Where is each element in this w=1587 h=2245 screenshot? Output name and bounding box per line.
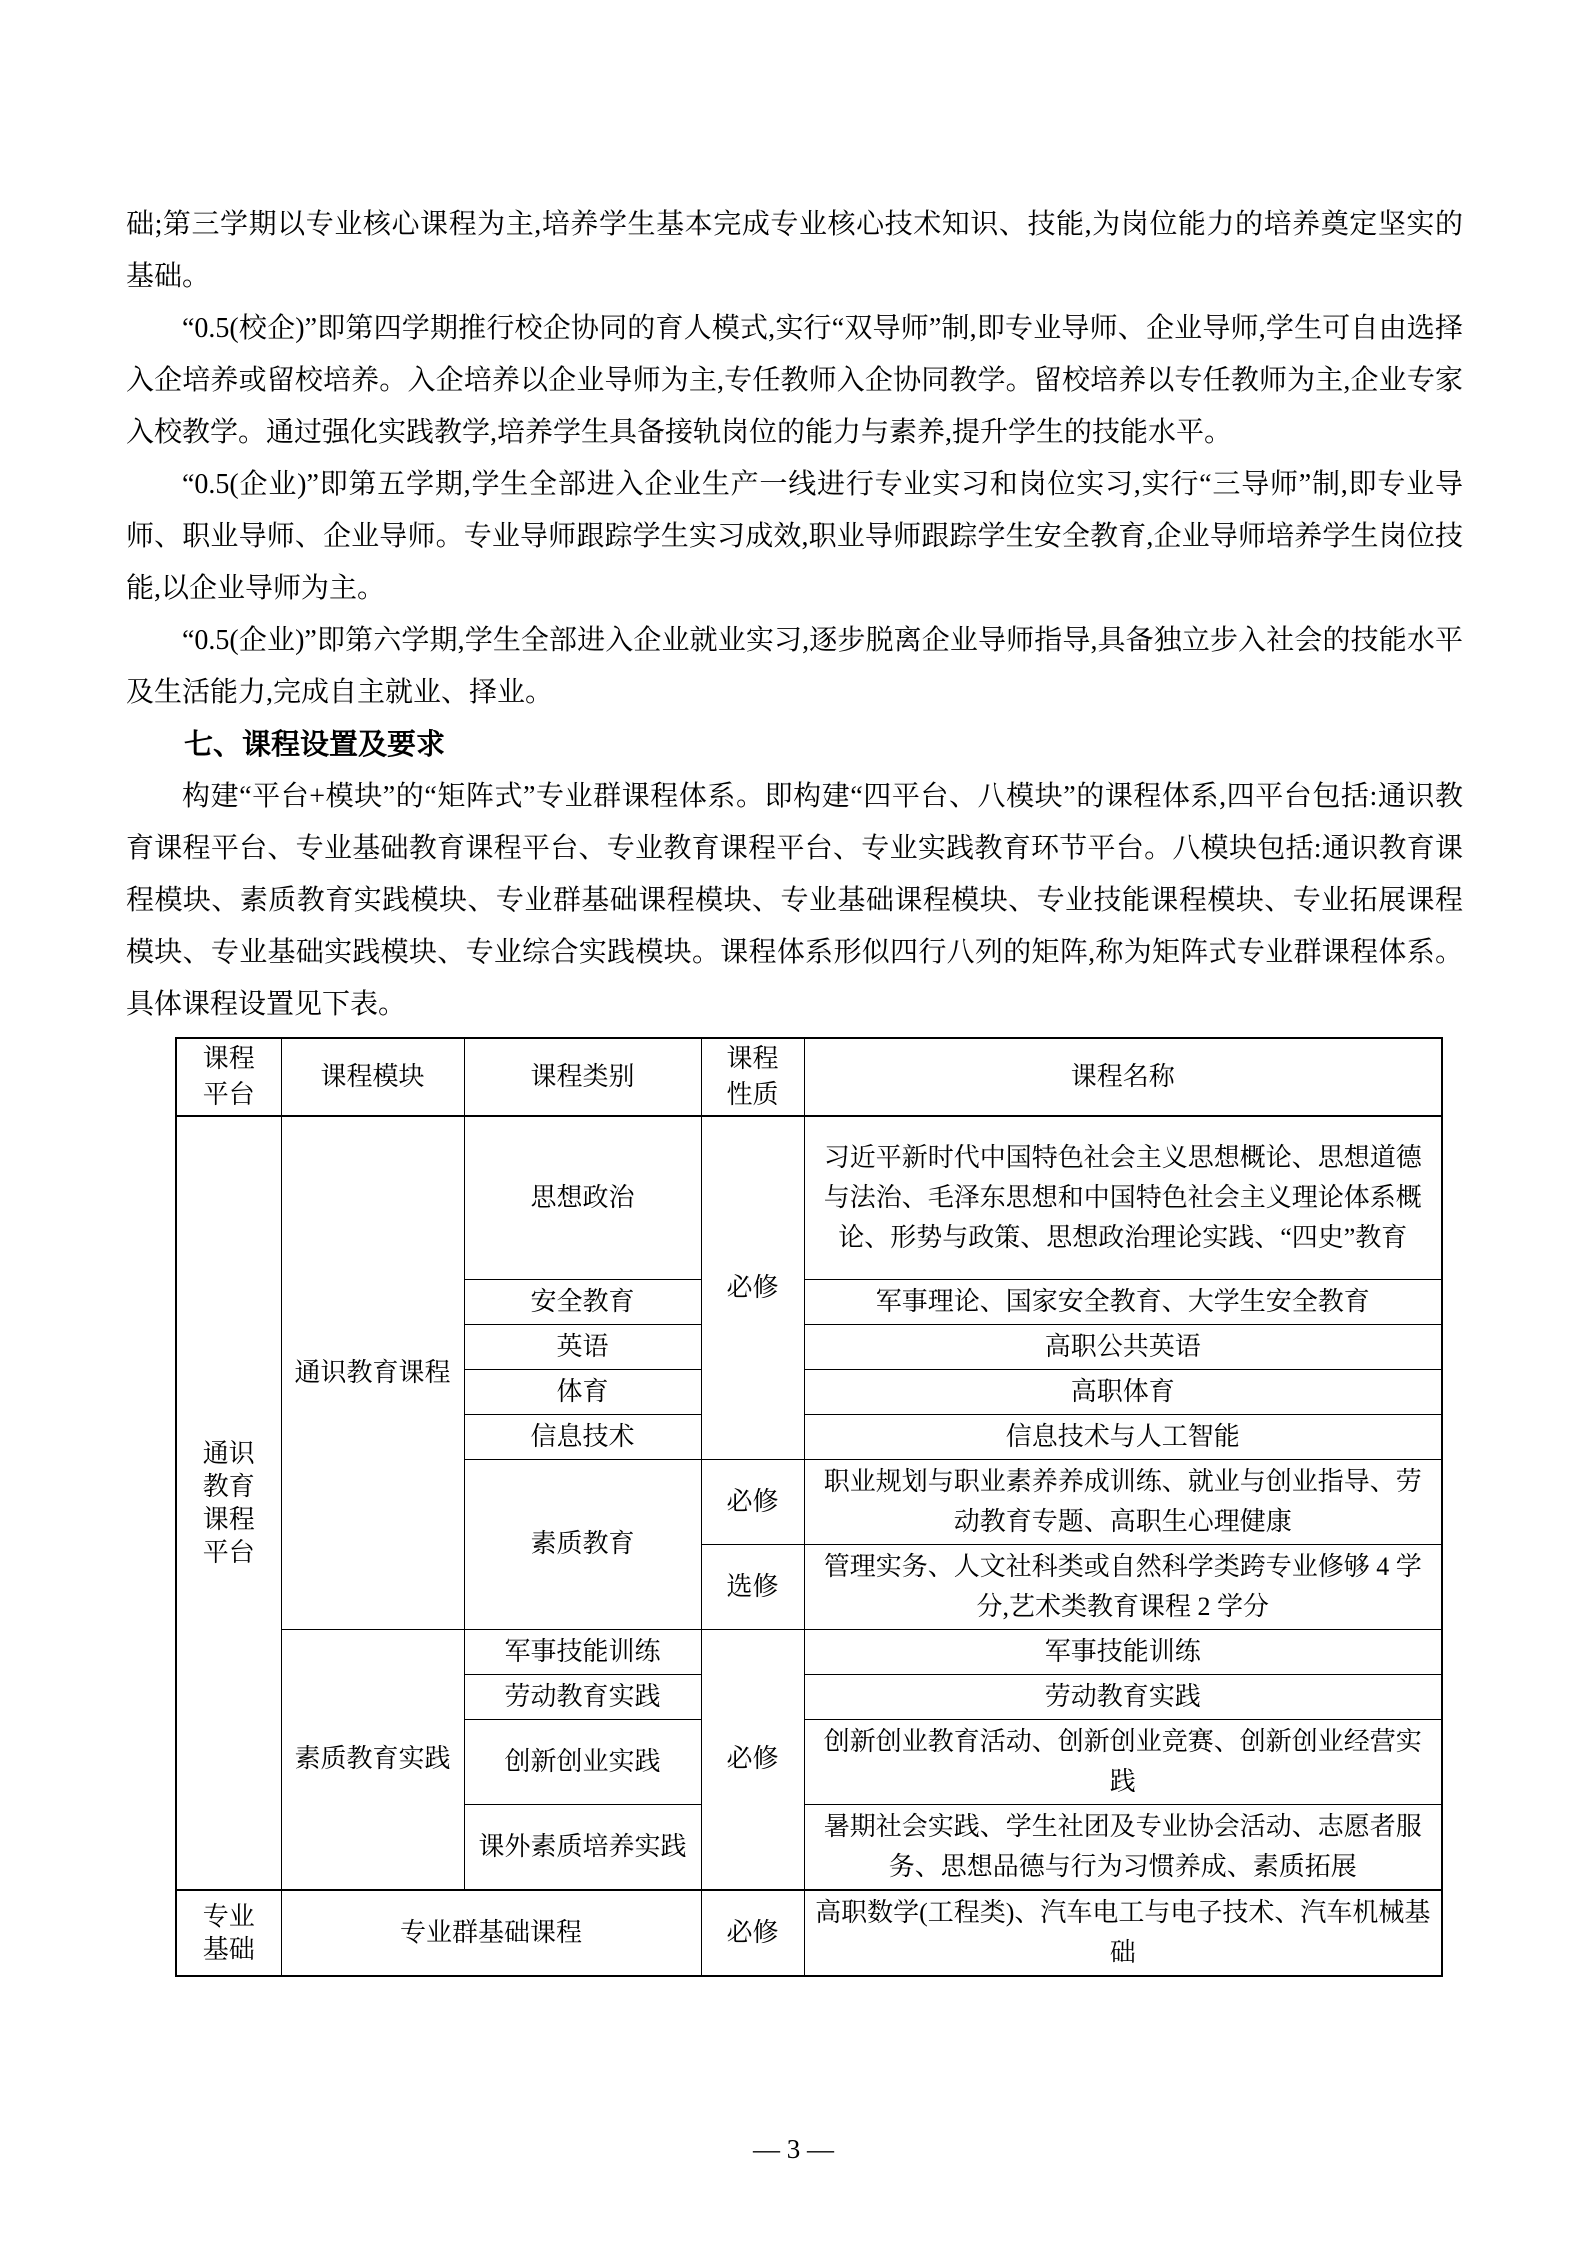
cell-module-group-basic: 专业群基础课程 (281, 1890, 701, 1976)
paragraph-2: “0.5(校企)”即第四学期推行校企协同的育人模式,实行“双导师”制,即专业导师… (126, 303, 1463, 459)
cell-category-ideology: 思想政治 (464, 1116, 701, 1279)
curriculum-table: 课程平台 课程模块 课程类别 课程性质 课程名称 通识教育课程平台 通识教育课程… (175, 1037, 1443, 1977)
page-number: — 3 — (0, 2134, 1587, 2165)
cell-nature-required-4: 必修 (701, 1890, 804, 1976)
cell-courses-quality-required: 职业规划与职业素养养成训练、就业与创业指导、劳动教育专题、高职生心理健康 (804, 1459, 1442, 1544)
header-cell-category: 课程类别 (464, 1038, 701, 1116)
cell-category-quality: 素质教育 (464, 1459, 701, 1629)
paragraph-5: 构建“平台+模块”的“矩阵式”专业群课程体系。即构建“四平台、八模块”的课程体系… (126, 771, 1463, 1031)
cell-module-quality-practice: 素质教育实践 (281, 1629, 464, 1890)
paragraph-3: “0.5(企业)”即第五学期,学生全部进入企业生产一线进行专业实习和岗位实习,实… (126, 459, 1463, 615)
cell-platform-general: 通识教育课程平台 (176, 1116, 281, 1890)
table-row-military-training: 素质教育实践 军事技能训练 必修 军事技能训练 (176, 1629, 1442, 1674)
header-cell-nature: 课程性质 (701, 1038, 804, 1116)
cell-category-military-training: 军事技能训练 (464, 1629, 701, 1674)
paragraph-1: 础;第三学期以专业核心课程为主,培养学生基本完成专业核心技术知识、技能,为岗位能… (126, 199, 1463, 303)
cell-category-it: 信息技术 (464, 1414, 701, 1459)
cell-courses-quality-elective: 管理实务、人文社科类或自然科学类跨专业修够 4 学分,艺术类教育课程 2 学分 (804, 1544, 1442, 1629)
platform-general-label: 通识教育课程平台 (201, 1437, 256, 1569)
table-row-ideology: 通识教育课程平台 通识教育课程 思想政治 必修 习近平新时代中国特色社会主义思想… (176, 1116, 1442, 1279)
cell-category-innovation-practice: 创新创业实践 (464, 1719, 701, 1804)
table-header-row: 课程平台 课程模块 课程类别 课程性质 课程名称 (176, 1038, 1442, 1116)
cell-courses-military-training: 军事技能训练 (804, 1629, 1442, 1674)
cell-nature-required-1: 必修 (701, 1116, 804, 1459)
cell-platform-professional: 专业基础 (176, 1890, 281, 1976)
cell-courses-it: 信息技术与人工智能 (804, 1414, 1442, 1459)
platform-professional-label: 专业基础 (201, 1900, 256, 1966)
cell-nature-required-3: 必修 (701, 1629, 804, 1890)
cell-category-labor-practice: 劳动教育实践 (464, 1674, 701, 1719)
table-row-professional-basic: 专业基础 专业群基础课程 必修 高职数学(工程类)、汽车电工与电子技术、汽车机械… (176, 1890, 1442, 1976)
header-platform-label: 课程平台 (201, 1041, 256, 1113)
cell-category-extracurricular: 课外素质培养实践 (464, 1804, 701, 1890)
cell-nature-required-2: 必修 (701, 1459, 804, 1544)
cell-courses-innovation-practice: 创新创业教育活动、创新创业竞赛、创新创业经营实践 (804, 1719, 1442, 1804)
cell-courses-extracurricular: 暑期社会实践、学生社团及专业协会活动、志愿者服务、思想品德与行为习惯养成、素质拓… (804, 1804, 1442, 1890)
cell-courses-pe: 高职体育 (804, 1369, 1442, 1414)
cell-category-safety: 安全教育 (464, 1279, 701, 1324)
header-cell-module: 课程模块 (281, 1038, 464, 1116)
cell-category-pe: 体育 (464, 1369, 701, 1414)
section-heading: 七、课程设置及要求 (126, 719, 1463, 771)
cell-courses-group-basic: 高职数学(工程类)、汽车电工与电子技术、汽车机械基础 (804, 1890, 1442, 1976)
paragraph-4: “0.5(企业)”即第六学期,学生全部进入企业就业实习,逐步脱离企业导师指导,具… (126, 615, 1463, 719)
cell-category-english: 英语 (464, 1324, 701, 1369)
document-page: 础;第三学期以专业核心课程为主,培养学生基本完成专业核心技术知识、技能,为岗位能… (0, 0, 1587, 2245)
header-nature-label: 课程性质 (725, 1041, 780, 1113)
cell-courses-ideology: 习近平新时代中国特色社会主义思想概论、思想道德与法治、毛泽东思想和中国特色社会主… (804, 1116, 1442, 1279)
cell-courses-labor-practice: 劳动教育实践 (804, 1674, 1442, 1719)
cell-nature-elective: 选修 (701, 1544, 804, 1629)
cell-courses-english: 高职公共英语 (804, 1324, 1442, 1369)
header-cell-platform: 课程平台 (176, 1038, 281, 1116)
header-cell-course-name: 课程名称 (804, 1038, 1442, 1116)
cell-module-general: 通识教育课程 (281, 1116, 464, 1629)
cell-courses-safety: 军事理论、国家安全教育、大学生安全教育 (804, 1279, 1442, 1324)
